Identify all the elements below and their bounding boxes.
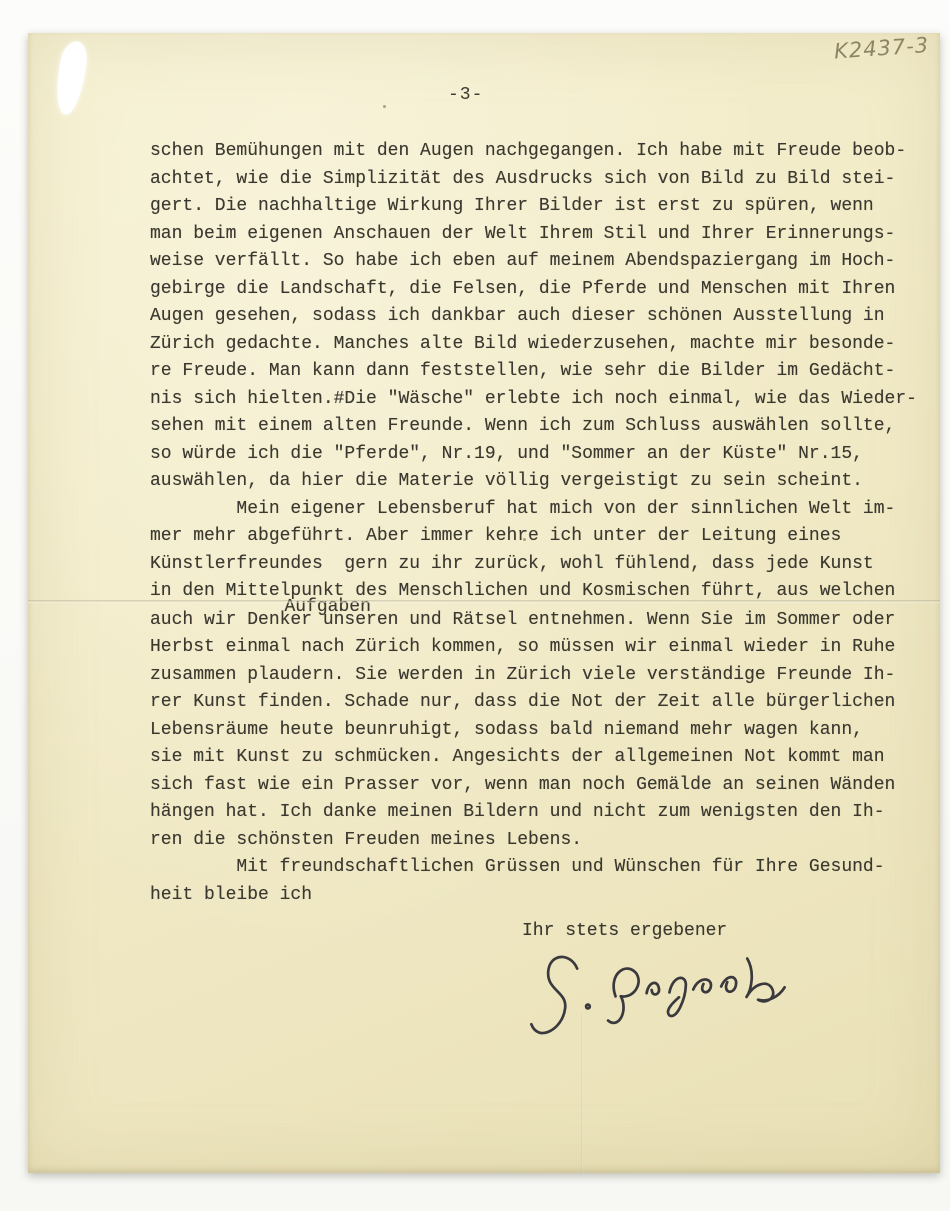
letter-line: Herbst einmal nach Zürich kommen, so müs… — [150, 634, 940, 662]
letter-line: ren die schönsten Freuden meines Lebens. — [150, 827, 940, 855]
scanned-letter-page: { "archive_label": "K2437-3", "page_numb… — [0, 0, 950, 1211]
closing-salutation: Ihr stets ergebener — [522, 921, 727, 941]
letter-line: rer Kunst finden. Schade nur, dass die N… — [150, 689, 940, 717]
signature-strokes — [518, 938, 791, 1051]
paper-speck — [383, 105, 386, 108]
page-number: -3- — [448, 85, 483, 105]
letter-line: gert. Die nachhaltige Wirkung Ihrer Bild… — [150, 193, 940, 221]
letter-line: sie mit Kunst zu schmücken. Angesichts d… — [150, 744, 940, 772]
letter-line: achtet, wie die Simplizität des Ausdruck… — [150, 166, 940, 194]
letter-line: Zürich gedachte. Manches alte Bild wiede… — [150, 331, 940, 359]
letter-line: auch wir Denker unserenAufgaben und Räts… — [150, 606, 940, 635]
letter-line: mer mehr abgeführt. Aber immer kehre ich… — [150, 523, 940, 551]
signature-handwritten — [518, 938, 791, 1051]
letter-line: auswählen, da hier die Materie völlig ve… — [150, 468, 940, 496]
archive-number-annotation: K2437-3 — [833, 30, 950, 63]
letter-line: hängen hat. Ich danke meinen Bildern und… — [150, 799, 940, 827]
letter-line: so würde ich die "Pferde", Nr.19, und "S… — [150, 441, 940, 469]
letter-body: schen Bemühungen mit den Augen nachgegan… — [150, 138, 940, 909]
paper-speck — [523, 538, 526, 541]
letter-line: schen Bemühungen mit den Augen nachgegan… — [150, 138, 940, 166]
line-text: und Rätsel entnehmen. Wenn Sie im Sommer… — [398, 610, 895, 630]
letter-line: re Freude. Man kann dann feststellen, wi… — [150, 358, 940, 386]
scan-artifact-blob — [52, 39, 89, 116]
letter-line: nis sich hielten.#Die "Wäsche" erlebte i… — [150, 386, 940, 414]
letter-line: man beim eigenen Anschauen der Welt Ihre… — [150, 221, 940, 249]
letter-line: in den Mittelpunkt des Menschlichen und … — [150, 578, 940, 606]
letter-line: weise verfällt. So habe ich eben auf mei… — [150, 248, 940, 276]
letter-line: Mein eigener Lebensberuf hat mich von de… — [150, 496, 940, 524]
letter-line: gebirge die Landschaft, die Felsen, die … — [150, 276, 940, 304]
letter-line: Lebensräume heute beunruhigt, sodass bal… — [150, 717, 940, 745]
letter-line: heit bleibe ich — [150, 882, 940, 910]
letter-paper: K2437-3 -3- schen Bemühungen mit den Aug… — [28, 33, 940, 1173]
letter-line: sich fast wie ein Prasser vor, wenn man … — [150, 772, 940, 800]
letter-line: Augen gesehen, sodass ich dankbar auch d… — [150, 303, 940, 331]
letter-line: Künstlerfreundes gern zu ihr zurück, woh… — [150, 551, 940, 579]
letter-line: zusammen plaudern. Sie werden in Zürich … — [150, 662, 940, 690]
inserted-word-above-line: Aufgaben — [284, 598, 370, 616]
letter-line: sehen mit einem alten Freunde. Wenn ich … — [150, 413, 940, 441]
letter-line: Mit freundschaftlichen Grüssen und Wünsc… — [150, 854, 940, 882]
